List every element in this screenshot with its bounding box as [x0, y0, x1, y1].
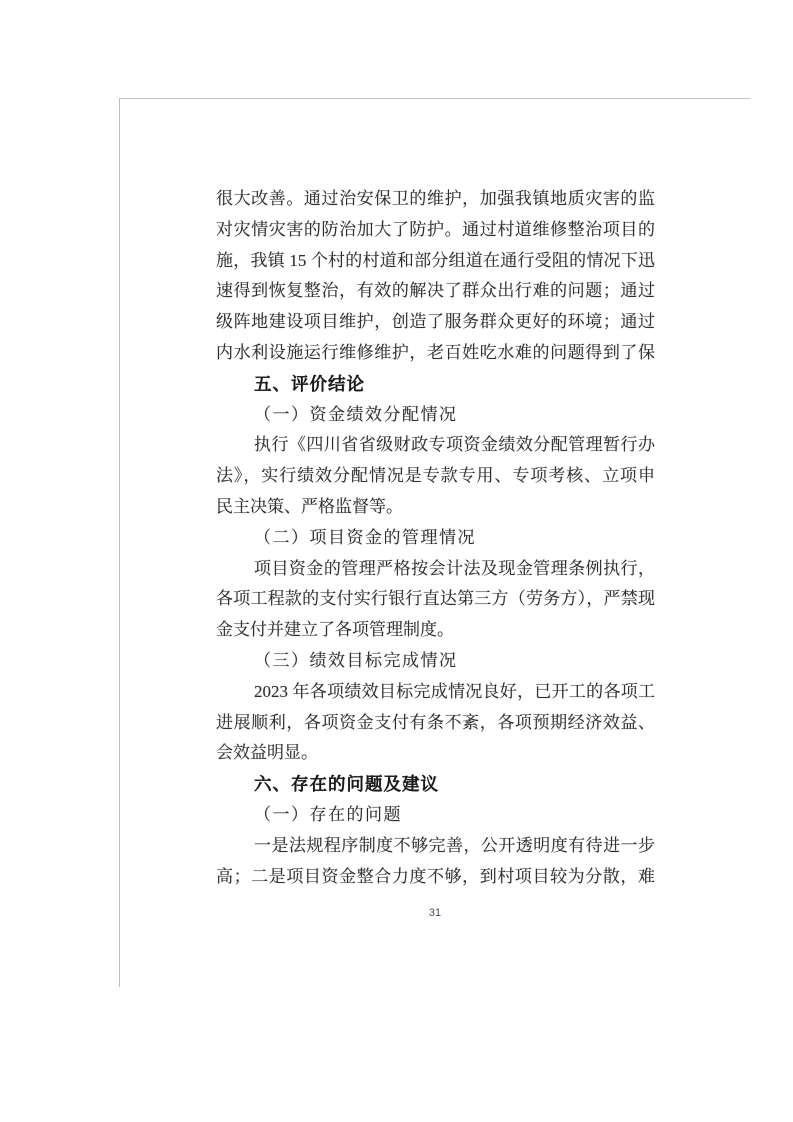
text-line: 高；二是项目资金整合力度不够，到村项目较为分散，难以	[216, 862, 655, 893]
text-line: 金支付并建立了各项管理制度。	[216, 615, 655, 646]
text-line: 法》，实行绩效分配情况是专款专用、专项考核、立项申报、	[216, 461, 655, 492]
text-line: 民主决策、严格监督等。	[216, 492, 655, 523]
text-line: 进展顺利，各项资金支付有条不紊，各项预期经济效益、社	[216, 708, 655, 739]
text-line: 速得到恢复整治，有效的解决了群众出行难的问题；通过村	[216, 276, 655, 307]
document-content: 很大改善。通过治安保卫的维护，加强我镇地质灾害的监测，对灾情灾害的防治加大了防护…	[216, 184, 655, 892]
text-line: 会效益明显。	[216, 738, 655, 769]
text-line: 对灾情灾害的防治加大了防护。通过村道维修整治项目的实	[216, 215, 655, 246]
text-line: 施，我镇 15 个村的村道和部分组道在通行受阻的情况下迅	[216, 246, 655, 277]
text-line: 执行《四川省省级财政专项资金绩效分配管理暂行办	[216, 430, 655, 461]
section-heading: 五、评价结论	[216, 369, 655, 400]
text-line: 项目资金的管理严格按会计法及现金管理条例执行，对	[216, 554, 655, 585]
text-line: 各项工程款的支付实行银行直达第三方（劳务方），严禁现	[216, 584, 655, 615]
page-number: 31	[120, 907, 750, 919]
sub-heading: （一）存在的问题	[216, 800, 655, 831]
text-line: 一是法规程序制度不够完善，公开透明度有待进一步提	[216, 831, 655, 862]
text-line: 2023 年各项绩效目标完成情况良好，已开工的各项工程	[216, 677, 655, 708]
section-heading: 六、存在的问题及建议	[216, 769, 655, 800]
text-line: 很大改善。通过治安保卫的维护，加强我镇地质灾害的监测，	[216, 184, 655, 215]
sub-heading: （二）项目资金的管理情况	[216, 523, 655, 554]
text-line: 内水利设施运行维修维护，老百姓吃水难的问题得到了保障。	[216, 338, 655, 369]
text-line: 级阵地建设项目维护，创造了服务群众更好的环境；通过村	[216, 307, 655, 338]
document-page: 很大改善。通过治安保卫的维护，加强我镇地质灾害的监测，对灾情灾害的防治加大了防护…	[119, 98, 750, 987]
sub-heading: （一）资金绩效分配情况	[216, 400, 655, 431]
sub-heading: （三）绩效目标完成情况	[216, 646, 655, 677]
